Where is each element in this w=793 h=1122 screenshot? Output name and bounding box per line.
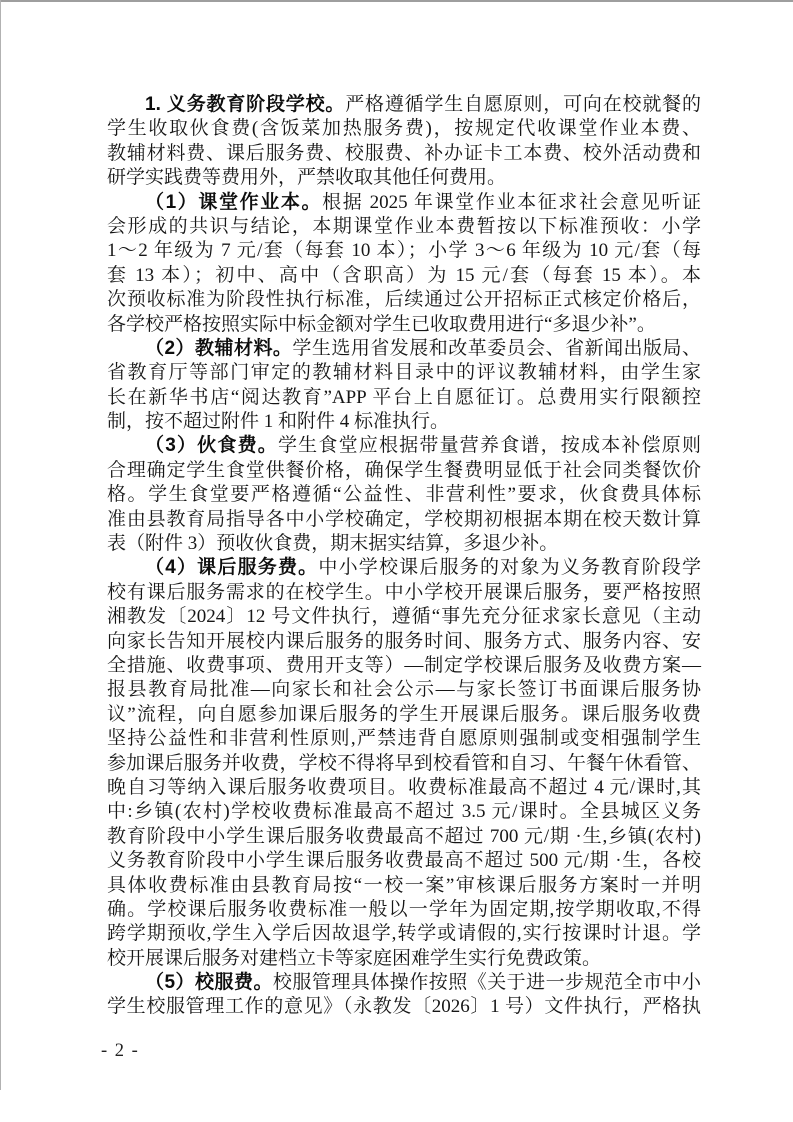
text-line: 全措施、收费事项、费用开支等）—制定学校课后服务及收费方案— [107, 654, 701, 678]
body-text: 长在新华书店“阅达教育”APP 平台上自愿征订。总费用实行限额控 [107, 387, 701, 408]
text-line: 义务教育阶段中小学生课后服务收费最高不超过 500 元/期 ·生，各校 [107, 849, 701, 873]
body-text: 教辅材料费、课后服务费、校服费、补办证卡工本费、校外活动费和 [107, 143, 701, 164]
text-line: （4）课后服务费。中小学校课后服务的对象为义务教育阶段学 [107, 556, 701, 580]
body-text: 根据 2025 年课堂作业本征求社会意见听证 [322, 192, 701, 213]
text-line: 学生收取伙食费(含饭菜加热服务费)，按规定代收课堂作业本费、 [107, 117, 701, 141]
section-heading: （4）课后服务费。 [145, 557, 318, 578]
body-text: 坚持公益性和非营利性原则,严禁违背自愿原则强制或变相强制学生 [107, 728, 701, 749]
body-text: 晚自习等纳入课后服务收费项目。收费标准最高不超过 4 元/课时,其 [107, 777, 701, 798]
section-heading: （1）课堂作业本。 [145, 192, 322, 213]
text-line: 次预收标准为阶段性执行标准，后续通过公开招标正式核定价格后， [107, 288, 701, 312]
body-text: 全措施、收费事项、费用开支等）—制定学校课后服务及收费方案— [107, 655, 701, 676]
text-line: 1. 义务教育阶段学校。严格遵循学生自愿原则，可向在校就餐的 [107, 93, 701, 117]
body-text: 校服管理具体操作按照《关于进一步规范全市中小 [273, 972, 701, 993]
body-text: 次预收标准为阶段性执行标准，后续通过公开招标正式核定价格后， [107, 289, 701, 310]
body-text: 学生选用省发展和改革委员会、省新闻出版局、 [292, 338, 701, 359]
body-text: 套 13 本）；初中、高中（含职高）为 15 元/套（每套 15 本）。本 [107, 265, 701, 286]
body-text: 表（附件 3）预收伙食费，期末据实结算，多退少补。 [107, 533, 558, 554]
text-line: 教辅材料费、课后服务费、校服费、补办证卡工本费、校外活动费和 [107, 142, 701, 166]
text-line: 套 13 本）；初中、高中（含职高）为 15 元/套（每套 15 本）。本 [107, 264, 701, 288]
text-line: 向家长告知开展校内课后服务的服务时间、服务方式、服务内容、安 [107, 630, 701, 654]
body-text: 义务教育阶段中小学生课后服务收费最高不超过 500 元/期 ·生，各校 [107, 850, 701, 871]
body-text: 制，按不超过附件 1 和附件 4 标准执行。 [107, 411, 449, 432]
section-heading: （5）校服费。 [145, 972, 273, 993]
section-heading: （2）教辅材料。 [145, 338, 292, 359]
text-line: 坚持公益性和非营利性原则,严禁违背自愿原则强制或变相强制学生 [107, 727, 701, 751]
text-line: 表（附件 3）预收伙食费，期末据实结算，多退少补。 [107, 532, 701, 556]
body-text: 确。学校课后服务收费标准一般以一学年为固定期,按学期收取,不得 [107, 899, 701, 920]
body-text: 合理确定学生食堂供餐价格，确保学生餐费明显低于社会同类餐饮价 [107, 460, 701, 481]
text-line: 报县教育局批准—向家长和社会公示—与家长签订书面课后服务协 [107, 678, 701, 702]
body-text: 参加课后服务并收费，学校不得将早到校看管和自习、午餐午休看管、 [107, 753, 701, 774]
text-line: 研学实践费等费用外，严禁收取其他任何费用。 [107, 166, 701, 190]
text-line: 会形成的共识与结论，本期课堂作业本费暂按以下标准预收：小学 [107, 215, 701, 239]
body-text: 各学校严格按照实际中标金额对学生已收取费用进行“多退少补”。 [107, 314, 656, 335]
body-text: 具体收费标准由县教育局按“一校一案”审核课后服务方案时一并明 [107, 875, 701, 896]
text-line: 学生校服管理工作的意见》（永教发〔2026〕1 号）文件执行，严格执 [107, 995, 701, 1019]
text-line: （3）伙食费。学生食堂应根据带量营养食谱，按成本补偿原则 [107, 434, 701, 458]
body-text: 校开展课后服务对建档立卡等家庭困难学生实行免费政策。 [107, 948, 601, 969]
text-line: 校开展课后服务对建档立卡等家庭困难学生实行免费政策。 [107, 947, 701, 971]
text-line: 格。学生食堂要严格遵循“公益性、非营利性”要求，伙食费具体标 [107, 483, 701, 507]
body-text: 校有课后服务需求的在校学生。中小学校开展课后服务，要严格按照 [107, 582, 701, 603]
text-line: 长在新华书店“阅达教育”APP 平台上自愿征订。总费用实行限额控 [107, 386, 701, 410]
text-line: 湘教发〔2024〕12 号文件执行，遵循“事先充分征求家长意见（主动 [107, 605, 701, 629]
text-line: 议”流程，向自愿参加课后服务的学生开展课后服务。课后服务收费 [107, 703, 701, 727]
body-text: 中小学校课后服务的对象为义务教育阶段学 [318, 557, 701, 578]
text-line: 跨学期预收,学生入学后因故退学,转学或请假的,实行按课时计退。学 [107, 922, 701, 946]
text-line: 制，按不超过附件 1 和附件 4 标准执行。 [107, 410, 701, 434]
document-body: 1. 义务教育阶段学校。严格遵循学生自愿原则，可向在校就餐的学生收取伙食费(含饭… [107, 93, 701, 1020]
text-line: 合理确定学生食堂供餐价格，确保学生餐费明显低于社会同类餐饮价 [107, 459, 701, 483]
body-text: 严格遵循学生自愿原则，可向在校就餐的 [345, 94, 701, 115]
body-text: 研学实践费等费用外，严禁收取其他任何费用。 [107, 167, 506, 188]
body-text: 跨学期预收,学生入学后因故退学,转学或请假的,实行按课时计退。学 [107, 923, 701, 944]
body-text: 议”流程，向自愿参加课后服务的学生开展课后服务。课后服务收费 [107, 704, 701, 725]
page-top-border [0, 0, 793, 2]
text-line: 省教育厅等部门审定的教辅材料目录中的评议教辅材料，由学生家 [107, 361, 701, 385]
text-line: 各学校严格按照实际中标金额对学生已收取费用进行“多退少补”。 [107, 313, 701, 337]
body-text: 学生校服管理工作的意见》（永教发〔2026〕1 号）文件执行，严格执 [107, 996, 701, 1017]
text-line: 1～2 年级为 7 元/套（每套 10 本）；小学 3～6 年级为 10 元/套… [107, 239, 701, 263]
text-line: 准由县教育局指导各中小学校确定，学校期初根据本期在校天数计算 [107, 508, 701, 532]
text-line: 具体收费标准由县教育局按“一校一案”审核课后服务方案时一并明 [107, 874, 701, 898]
text-line: （2）教辅材料。学生选用省发展和改革委员会、省新闻出版局、 [107, 337, 701, 361]
text-line: 参加课后服务并收费，学校不得将早到校看管和自习、午餐午休看管、 [107, 752, 701, 776]
text-line: 校有课后服务需求的在校学生。中小学校开展课后服务，要严格按照 [107, 581, 701, 605]
text-line: 教育阶段中小学生课后服务收费最高不超过 700 元/期 ·生,乡镇(农村) [107, 825, 701, 849]
section-heading: （3）伙食费。 [145, 435, 278, 456]
text-line: （1）课堂作业本。根据 2025 年课堂作业本征求社会意见听证 [107, 191, 701, 215]
document-page: 1. 义务教育阶段学校。严格遵循学生自愿原则，可向在校就餐的学生收取伙食费(含饭… [0, 0, 793, 1122]
body-text: 准由县教育局指导各中小学校确定，学校期初根据本期在校天数计算 [107, 509, 701, 530]
body-text: 教育阶段中小学生课后服务收费最高不超过 700 元/期 ·生,乡镇(农村) [107, 826, 701, 847]
text-line: 确。学校课后服务收费标准一般以一学年为固定期,按学期收取,不得 [107, 898, 701, 922]
body-text: 格。学生食堂要严格遵循“公益性、非营利性”要求，伙食费具体标 [107, 484, 701, 505]
body-text: 学生收取伙食费(含饭菜加热服务费)，按规定代收课堂作业本费、 [107, 118, 701, 139]
text-line: 中:乡镇(农村)学校收费标准最高不超过 3.5 元/课时。全县城区义务 [107, 800, 701, 824]
body-text: 会形成的共识与结论，本期课堂作业本费暂按以下标准预收：小学 [107, 216, 701, 237]
body-text: 中:乡镇(农村)学校收费标准最高不超过 3.5 元/课时。全县城区义务 [107, 801, 701, 822]
body-text: 1～2 年级为 7 元/套（每套 10 本）；小学 3～6 年级为 10 元/套… [107, 240, 701, 261]
body-text: 湘教发〔2024〕12 号文件执行，遵循“事先充分征求家长意见（主动 [107, 606, 701, 627]
body-text: 向家长告知开展校内课后服务的服务时间、服务方式、服务内容、安 [107, 631, 701, 652]
body-text: 报县教育局批准—向家长和社会公示—与家长签订书面课后服务协 [107, 679, 701, 700]
text-line: 晚自习等纳入课后服务收费项目。收费标准最高不超过 4 元/课时,其 [107, 776, 701, 800]
page-left-border [0, 0, 1, 1090]
page-number: - 2 - [101, 1040, 139, 1062]
body-text: 学生食堂应根据带量营养食谱，按成本补偿原则 [278, 435, 701, 456]
body-text: 省教育厅等部门审定的教辅材料目录中的评议教辅材料，由学生家 [107, 362, 701, 383]
section-heading: 1. 义务教育阶段学校。 [145, 94, 345, 115]
text-line: （5）校服费。校服管理具体操作按照《关于进一步规范全市中小 [107, 971, 701, 995]
